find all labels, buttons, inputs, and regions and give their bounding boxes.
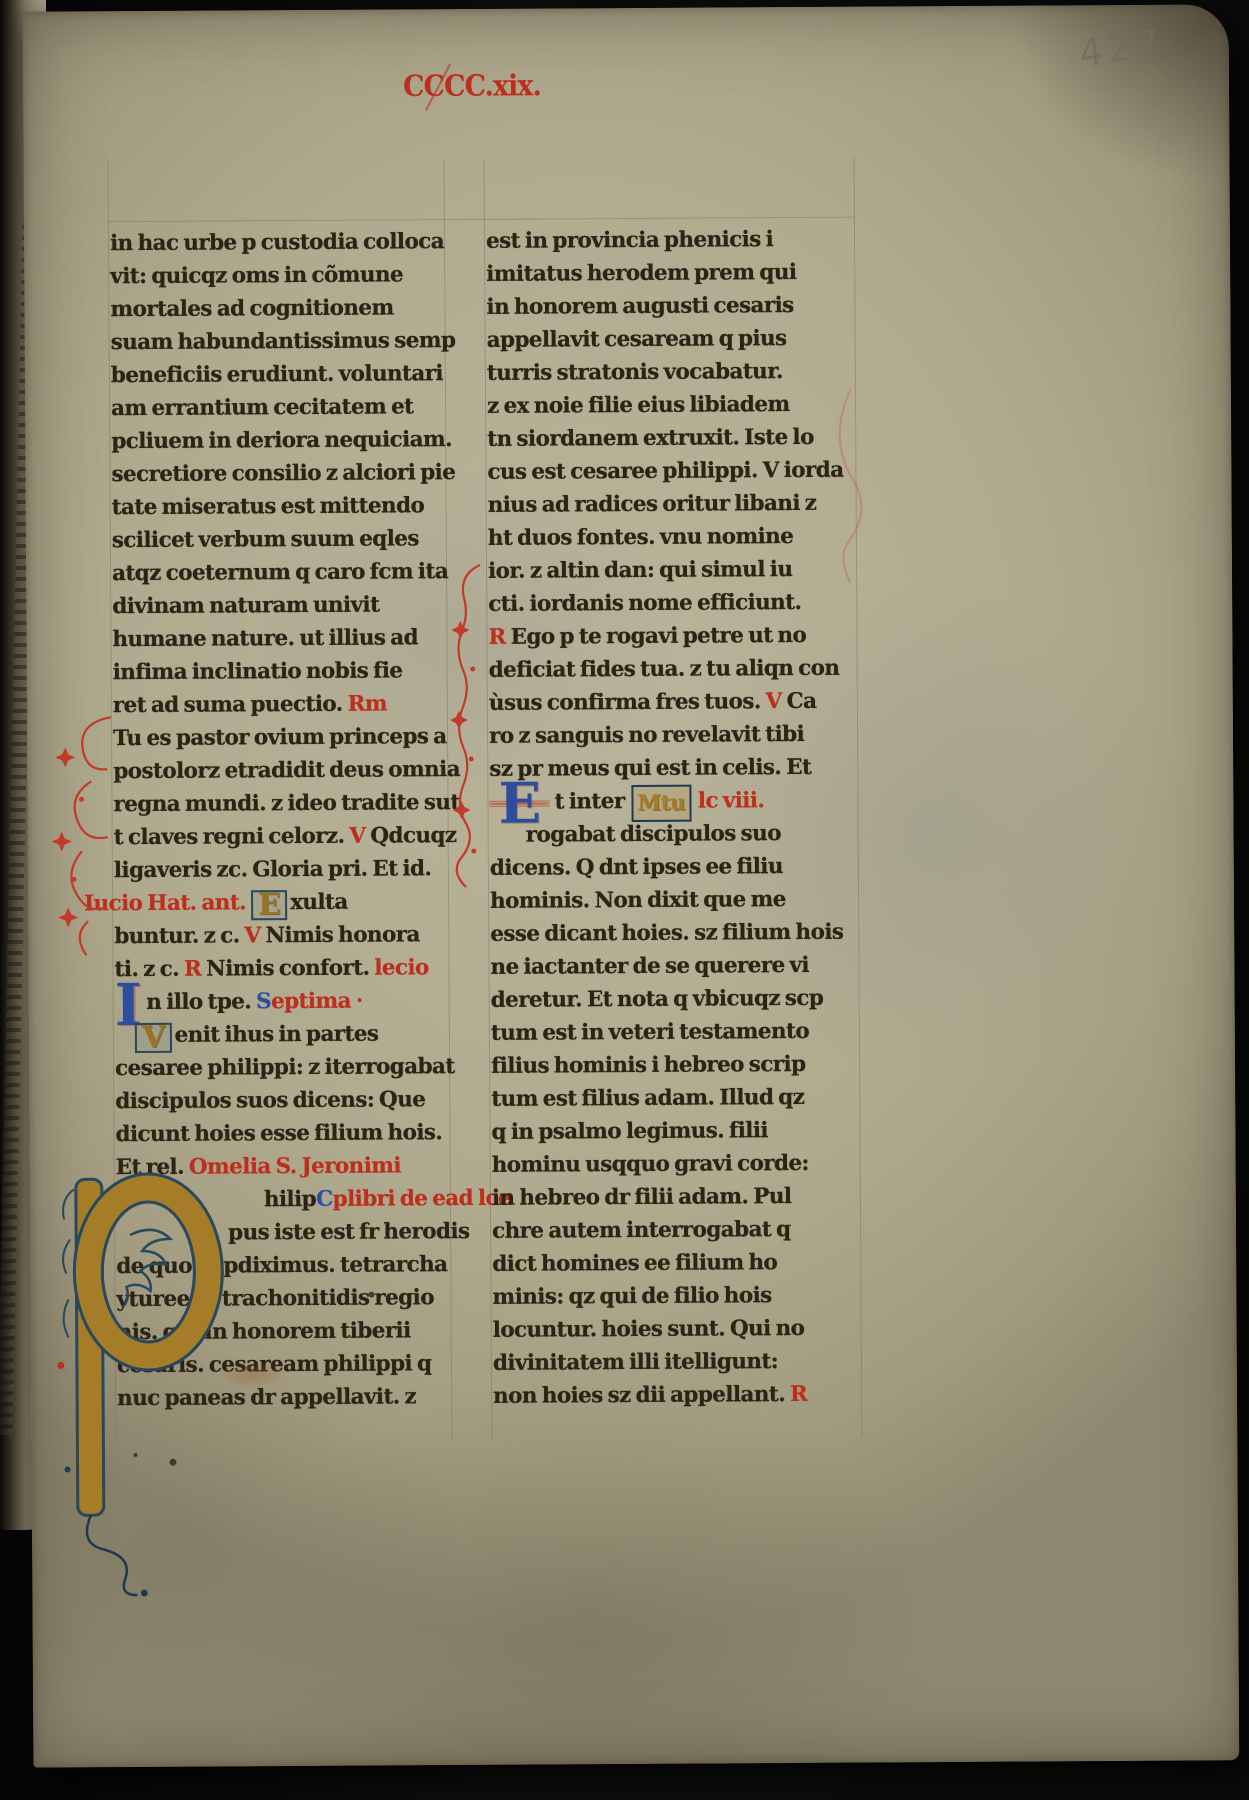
text-line: imitatus herodem prem qui — [486, 256, 854, 291]
rubric-text: Rm — [347, 691, 387, 716]
manuscript-text: mortales ad cognitionem — [110, 295, 393, 322]
manuscript-text: turris stratonis vocabatur. — [487, 359, 783, 386]
text-line: secretiore consilio z alciori pie — [111, 456, 447, 491]
manuscript-text: enit ihus in partes — [175, 1022, 379, 1048]
rubric-text: R — [790, 1382, 807, 1407]
text-line: hominis. Non dixit que me — [490, 883, 858, 918]
rubric-text: lc viii. — [693, 788, 764, 813]
text-line: ret ad suma puectio. Rm — [113, 687, 449, 722]
text-line: Venit ihus in partes — [115, 1017, 451, 1052]
manuscript-text: rogabat discipulos suo — [526, 821, 781, 848]
text-line: postolorz etradidit deus omnia — [113, 753, 449, 788]
text-line: tum est in veteri testamento — [491, 1015, 859, 1050]
text-line: humane nature. ut illius ad — [112, 621, 448, 656]
manuscript-text: filius hominis i hebreo scrip — [491, 1052, 806, 1079]
text-line: ùsus confirma fres tuos. V Ca — [489, 685, 857, 720]
text-line: filius hominis i hebreo scrip — [491, 1048, 859, 1083]
text-line: R Ego p te rogavi petre ut no — [488, 619, 856, 654]
text-line: regna mundi. z ideo tradite sut — [113, 786, 449, 821]
manuscript-text: imitatus herodem prem qui — [486, 260, 796, 287]
manuscript-text: ior. z altin dan: qui simul iu — [488, 557, 792, 584]
manuscript-text: t claves regni celorz. — [114, 824, 350, 850]
manuscript-text: dict homines ee filium ho — [492, 1250, 777, 1277]
text-line: Tu es pastor ovium princeps a — [113, 720, 449, 755]
text-line: buntur. z c. V Nimis honora — [114, 918, 450, 953]
photo-backdrop: 427 CCCC.xix. in hac urbe p custodia col… — [0, 0, 1249, 1800]
manuscript-text: ùsus confirma fres tuos. — [489, 689, 766, 716]
text-line: atqz coeternum q caro fcm ita — [112, 555, 448, 590]
text-line: minis: qz qui de filio hois — [492, 1279, 860, 1314]
text-line: Iucio Hat. ant. Exulta — [84, 885, 450, 920]
text-line: dict homines ee filium ho — [492, 1246, 860, 1281]
manuscript-text: non hoies sz dii appellant. — [493, 1382, 790, 1409]
text-line: ne iactanter de se querere vi — [490, 949, 858, 984]
text-line: divinam naturam univit — [112, 588, 448, 623]
text-line: cesaree philippi: z iterrogabat — [115, 1050, 451, 1085]
text-line: hominu usqquo gravi corde: — [492, 1147, 860, 1182]
drop-cap-p-initial — [46, 1168, 229, 1599]
manuscript-text: ret ad suma puectio. — [113, 692, 348, 718]
text-line: nius ad radices oritur libani z — [488, 487, 856, 522]
rubric-text: lecio — [374, 955, 429, 980]
manuscript-text: in hebreo dr filii adam. Pul — [492, 1184, 792, 1211]
colored-capital: S — [256, 989, 271, 1014]
rubric-text: V — [349, 824, 365, 849]
manuscript-text: z ex noie filie eius libiadem — [487, 392, 790, 419]
text-line: divinitatem illi itelligunt: — [493, 1345, 861, 1380]
text-line: z ex noie filie eius libiadem — [487, 388, 855, 423]
manuscript-text: cti. iordanis nome efficiunt. — [488, 590, 801, 617]
text-line: tn siordanem extruxit. Iste lo — [487, 421, 855, 456]
manuscript-text: ro z sanguis no revelavit tibi — [489, 722, 804, 749]
manuscript-text: postolorz etradidit deus omnia — [113, 757, 460, 784]
manuscript-text: divinitatem illi itelligunt: — [493, 1349, 778, 1376]
text-line: turris stratonis vocabatur. — [487, 355, 855, 390]
manuscript-page: 427 CCCC.xix. in hac urbe p custodia col… — [23, 4, 1240, 1767]
rubric-text: R — [184, 957, 201, 982]
ink-spot — [133, 1453, 137, 1457]
red-filigree-intercolumn — [450, 561, 494, 911]
text-line: deficiat fides tua. z tu aliqn con — [489, 652, 857, 687]
manuscript-text: tum est filius adam. Illud qz — [491, 1085, 804, 1112]
manuscript-text: divinam naturam univit — [112, 593, 379, 620]
manuscript-text: deficiat fides tua. z tu aliqn con — [489, 656, 840, 683]
text-line: sz pr meus qui est in celis. Et — [489, 751, 857, 786]
manuscript-text: dicens. Q dnt ipses ee filiu — [490, 854, 783, 881]
colored-capital: C — [316, 1187, 333, 1212]
manuscript-text: cus est cesaree philippi. V iorda — [487, 458, 843, 485]
manuscript-text: ht duos fontes. vnu nomine — [488, 524, 794, 551]
manuscript-text: ne iactanter de se querere vi — [490, 953, 809, 980]
text-line: ior. z altin dan: qui simul iu — [488, 553, 856, 588]
manuscript-text: Ego p te rogavi petre ut no — [511, 623, 807, 650]
rubric-text: plibri de ead lce — [333, 1186, 512, 1212]
manuscript-text: infima inclinatio nobis fie — [113, 658, 403, 685]
drop-cap-p-artwork — [46, 1168, 229, 1599]
manuscript-text: atqz coeternum q caro fcm ita — [112, 559, 448, 586]
text-line: deretur. Et nota q vbicuqz scp — [491, 982, 859, 1017]
manuscript-text: pcliuem in deriora nequiciam. — [111, 427, 452, 454]
rubric-text: V — [244, 923, 260, 948]
text-line: beneficiis erudiunt. voluntari — [111, 357, 447, 392]
text-line: ro z sanguis no revelavit tibi — [489, 718, 857, 753]
ruling-line — [108, 217, 854, 223]
gold-framed-word: Mtu — [631, 785, 691, 822]
text-line: scilicet verbum suum eqles — [112, 522, 448, 557]
manuscript-text: beneficiis erudiunt. voluntari — [111, 361, 443, 388]
text-line: locuntur. hoies sunt. Qui no — [493, 1312, 861, 1347]
manuscript-text: ligaveris zc. Gloria pri. Et id. — [114, 856, 432, 883]
text-line: chre autem interrogabat q — [492, 1213, 860, 1248]
manuscript-text: Tu es pastor ovium princeps a — [113, 724, 447, 751]
manuscript-text: secretiore consilio z alciori pie — [111, 460, 455, 487]
manuscript-text: nius ad radices oritur libani z — [488, 491, 817, 518]
rubric-text: eptima · — [271, 989, 363, 1015]
manuscript-text: xulta — [290, 890, 348, 915]
text-column-right: est in provincia phenicis iimitatus hero… — [486, 223, 861, 1413]
folio-number-pencil: 427 — [1076, 22, 1166, 76]
manuscript-text: am errantium cecitatem et — [111, 394, 414, 421]
text-line: discipulos suos dicens: Que — [115, 1083, 451, 1118]
text-line: dicens. Q dnt ipses ee filiu — [490, 850, 858, 885]
manuscript-text: Qdcuqz — [365, 823, 456, 849]
text-line: am errantium cecitatem et — [111, 390, 447, 425]
text-line: appellavit cesaream q pius — [487, 322, 855, 357]
manuscript-text: est in provincia phenicis i — [486, 227, 773, 254]
text-line: cus est cesaree philippi. V iorda — [487, 454, 855, 489]
manuscript-text: regna mundi. z ideo tradite sut — [113, 790, 459, 817]
text-line: esse dicant hoies. sz filium hois — [490, 916, 858, 951]
text-line: ht duos fontes. vnu nomine — [488, 520, 856, 555]
manuscript-text: hilip — [264, 1187, 316, 1212]
text-line: mortales ad cognitionem — [110, 291, 446, 326]
text-line: est in provincia phenicis i — [486, 223, 854, 258]
text-line: infima inclinatio nobis fie — [113, 654, 449, 689]
manuscript-text: scilicet verbum suum eqles — [112, 526, 419, 553]
ink-spot — [368, 1292, 374, 1298]
manuscript-text: dicunt hoies esse filium hois. — [115, 1120, 442, 1147]
text-line: dicunt hoies esse filium hois. — [115, 1116, 451, 1151]
manuscript-text: t inter — [555, 789, 630, 814]
page-heading-roman-numeral: CCCC.xix. — [403, 69, 541, 103]
manuscript-text: minis: qz qui de filio hois — [492, 1283, 771, 1310]
text-line: Et inter Mtu lc viii. — [489, 784, 857, 819]
manuscript-text: chre autem interrogabat q — [492, 1217, 791, 1244]
manuscript-text: Nimis confort. — [201, 956, 374, 982]
manuscript-text: in hac urbe p custodia colloca — [110, 229, 444, 256]
text-line: suam habundantissimus semp — [111, 324, 447, 359]
text-line: ligaveris zc. Gloria pri. Et id. — [114, 852, 450, 887]
text-line: rogabat discipulos suo — [490, 817, 858, 852]
manuscript-text: tn siordanem extruxit. Iste lo — [487, 425, 814, 452]
manuscript-text: vit: quicqz oms in cõmune — [110, 262, 403, 289]
manuscript-text: humane nature. ut illius ad — [112, 625, 418, 652]
manuscript-text: deretur. Et nota q vbicuqz scp — [491, 986, 824, 1013]
manuscript-text: appellavit cesaream q pius — [487, 326, 787, 353]
manuscript-text: tum est in veteri testamento — [491, 1019, 809, 1046]
manuscript-text: hominis. Non dixit que me — [490, 887, 786, 914]
gold-initial: V — [135, 1023, 172, 1053]
text-line: tate miseratus est mittendo — [112, 489, 448, 524]
text-line: tum est filius adam. Illud qz — [491, 1081, 859, 1116]
text-line: in honorem augusti cesaris — [486, 289, 854, 324]
red-filigree-left-margin — [51, 711, 133, 961]
text-line: non hoies sz dii appellant. R — [493, 1378, 861, 1413]
manuscript-text: esse dicant hoies. sz filium hois — [490, 920, 843, 947]
rubric-text: V — [766, 689, 782, 714]
text-line: q in psalmo legimus. filii — [491, 1114, 859, 1149]
manuscript-text: hominu usqquo gravi corde: — [492, 1151, 809, 1178]
text-line: vit: quicqz oms in cõmune — [110, 258, 446, 293]
manuscript-text: discipulos suos dicens: Que — [115, 1087, 425, 1114]
ink-spot — [169, 1459, 176, 1466]
text-line: In illo tpe. Septima · — [115, 984, 451, 1019]
blue-initial-large: E — [489, 800, 549, 806]
text-line: in hac urbe p custodia colloca — [110, 225, 446, 260]
gold-initial: E — [251, 890, 287, 920]
manuscript-text: tate miseratus est mittendo — [112, 493, 425, 520]
manuscript-text: n illo tpe. — [146, 989, 256, 1015]
red-flourish-right-margin — [817, 387, 864, 587]
manuscript-text: cesaree philippi: z iterrogabat — [115, 1054, 455, 1081]
text-line: in hebreo dr filii adam. Pul — [492, 1180, 860, 1215]
text-line: cti. iordanis nome efficiunt. — [488, 586, 856, 621]
manuscript-text: locuntur. hoies sunt. Qui no — [493, 1316, 805, 1343]
text-line: ti. z c. R Nimis confort. lecio — [114, 951, 450, 986]
manuscript-text: q in psalmo legimus. filii — [491, 1118, 768, 1145]
text-line: pcliuem in deriora nequiciam. — [111, 423, 447, 458]
manuscript-text: Ca — [782, 689, 817, 714]
manuscript-text: in honorem augusti cesaris — [486, 293, 793, 320]
manuscript-text: pus iste est fr herodis — [228, 1219, 470, 1245]
manuscript-text: buntur. z c. — [114, 923, 244, 949]
manuscript-text: Nimis honora — [260, 922, 419, 948]
manuscript-text: suam habundantissimus semp — [111, 328, 456, 355]
text-line: t claves regni celorz. V Qdcuqz — [114, 819, 450, 854]
